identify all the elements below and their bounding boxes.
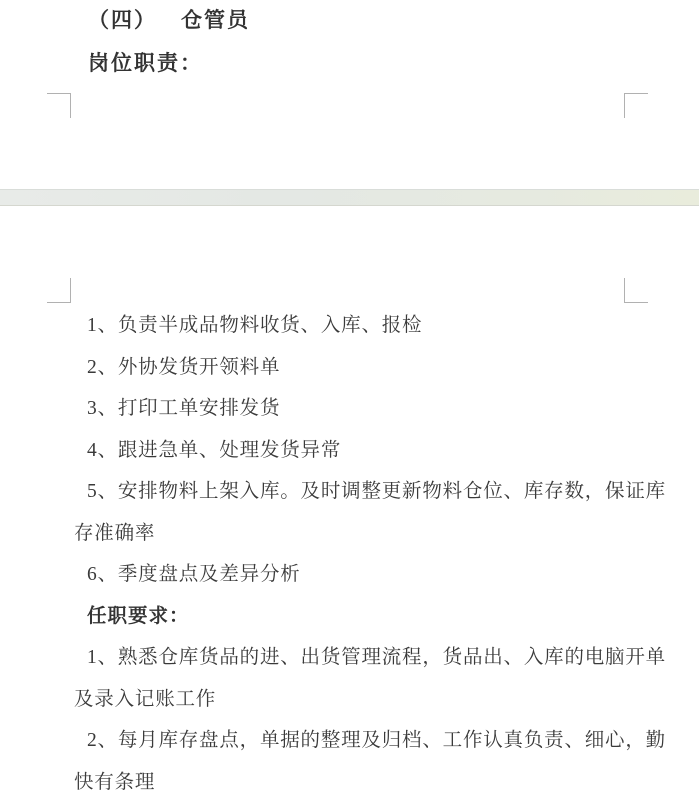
duty-line: 2、外协发货开领料单 <box>74 347 699 389</box>
margin-crop-mark-top-left-icon <box>47 278 71 303</box>
requirement-line-continuation: 及录入记账工作 <box>74 679 699 721</box>
requirement-line: 2、每月库存盘点，单据的整理及归档、工作认真负责、细心，勤 <box>74 720 699 762</box>
requirement-line: 1、熟悉仓库货品的进、出货管理流程，货品出、入库的电脑开单 <box>74 637 699 679</box>
requirements-heading: 任职要求： <box>74 596 699 638</box>
margin-crop-mark-bottom-left-icon <box>47 93 71 118</box>
duties-heading: 岗位职责： <box>88 47 203 77</box>
section-title: 仓管员 <box>181 8 250 32</box>
duty-line: 3、打印工单安排发货 <box>74 388 699 430</box>
duty-line: 5、安排物料上架入库。及时调整更新物料仓位、库存数，保证库 <box>74 471 699 513</box>
margin-crop-mark-bottom-right-icon <box>624 93 648 118</box>
section-heading: （四）仓管员 <box>88 4 250 34</box>
page-break-band <box>0 189 699 206</box>
body-text: 1、负责半成品物料收货、入库、报检 2、外协发货开领料单 3、打印工单安排发货 … <box>74 305 699 799</box>
margin-crop-mark-top-right-icon <box>624 278 648 303</box>
duty-line: 6、季度盘点及差异分析 <box>74 554 699 596</box>
duty-line: 4、跟进急单、处理发货异常 <box>74 430 699 472</box>
section-number: （四） <box>88 8 157 32</box>
duty-line-continuation: 存准确率 <box>74 513 699 555</box>
duty-line: 1、负责半成品物料收货、入库、报检 <box>74 305 699 347</box>
requirement-line-continuation: 快有条理 <box>74 762 699 799</box>
